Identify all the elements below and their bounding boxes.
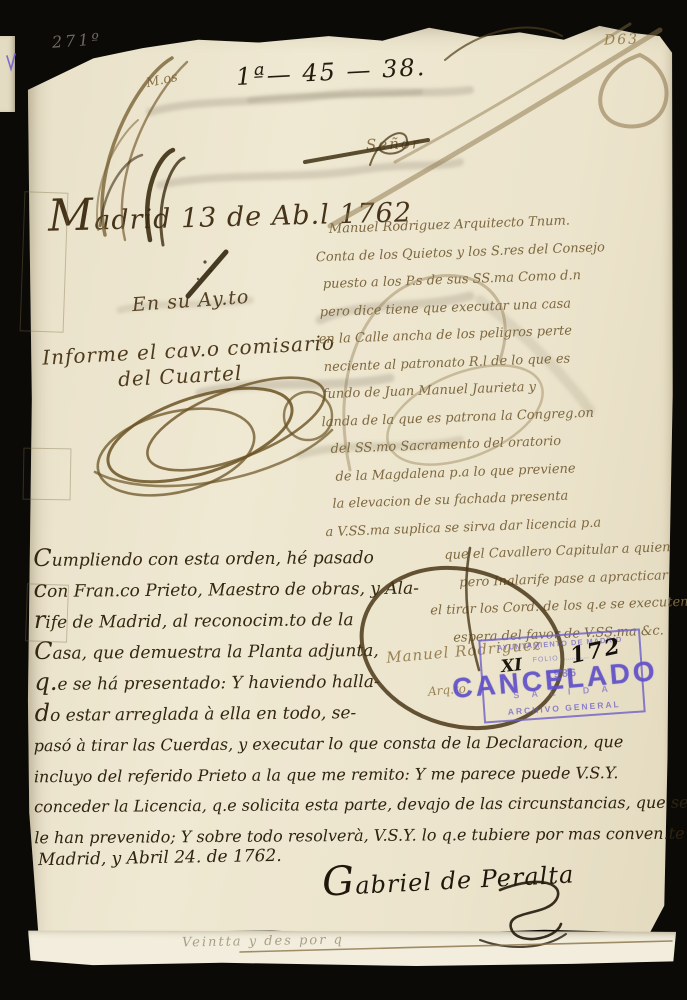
- next-page-strip: [28, 928, 676, 969]
- margin-bracket: [25, 583, 69, 642]
- closing-date: Madrid, y Abril 24. de 1762.: [38, 848, 282, 869]
- salutation-senor: Señor: [366, 136, 422, 153]
- report-line: rife de Madrid, al reconocim.to de la: [34, 601, 484, 636]
- report-line: q.e se há presentado: Y haviendo halla-: [34, 663, 484, 698]
- archival-scan: 271º D63 1ª— 45 — 38. M.os Señor Madrid …: [0, 0, 687, 1000]
- closing-line: incluyo del referido Prieto a la que me …: [34, 757, 674, 792]
- closing-line: pasó à tirar las Cuerdas, y executar lo …: [34, 727, 674, 762]
- pencil-folio-number: 271º: [52, 31, 103, 50]
- margin-bracket: [23, 448, 72, 501]
- report-line: Cumpliendo con esta orden, hé pasado: [33, 539, 483, 574]
- report-text-block: Cumpliendo con esta orden, hé pasado con…: [33, 539, 485, 729]
- closing-line: conceder la Licencia, q.e solicita esta …: [34, 788, 674, 823]
- report-line: do estar arreglada à ella en todo, se-: [35, 694, 485, 729]
- report-line: Casa, que demuestra la Planta adjunta,: [34, 632, 484, 667]
- margin-bracket: [20, 191, 69, 332]
- corner-code: D63: [604, 32, 640, 47]
- verso-strip-text: Veintta y des por q: [182, 934, 344, 950]
- decree-informe-line2: del Cuartel: [118, 363, 243, 389]
- closing-paragraph: pasó à tirar las Cuerdas, y executar lo …: [34, 727, 675, 853]
- handwritten-roman-numeral: XI: [500, 655, 523, 677]
- stamp-folio-word: FOLIO: [532, 655, 558, 664]
- report-line: con Fran.co Prieto, Maestro de obras, y …: [33, 570, 483, 605]
- underlying-page-edge: [0, 36, 15, 112]
